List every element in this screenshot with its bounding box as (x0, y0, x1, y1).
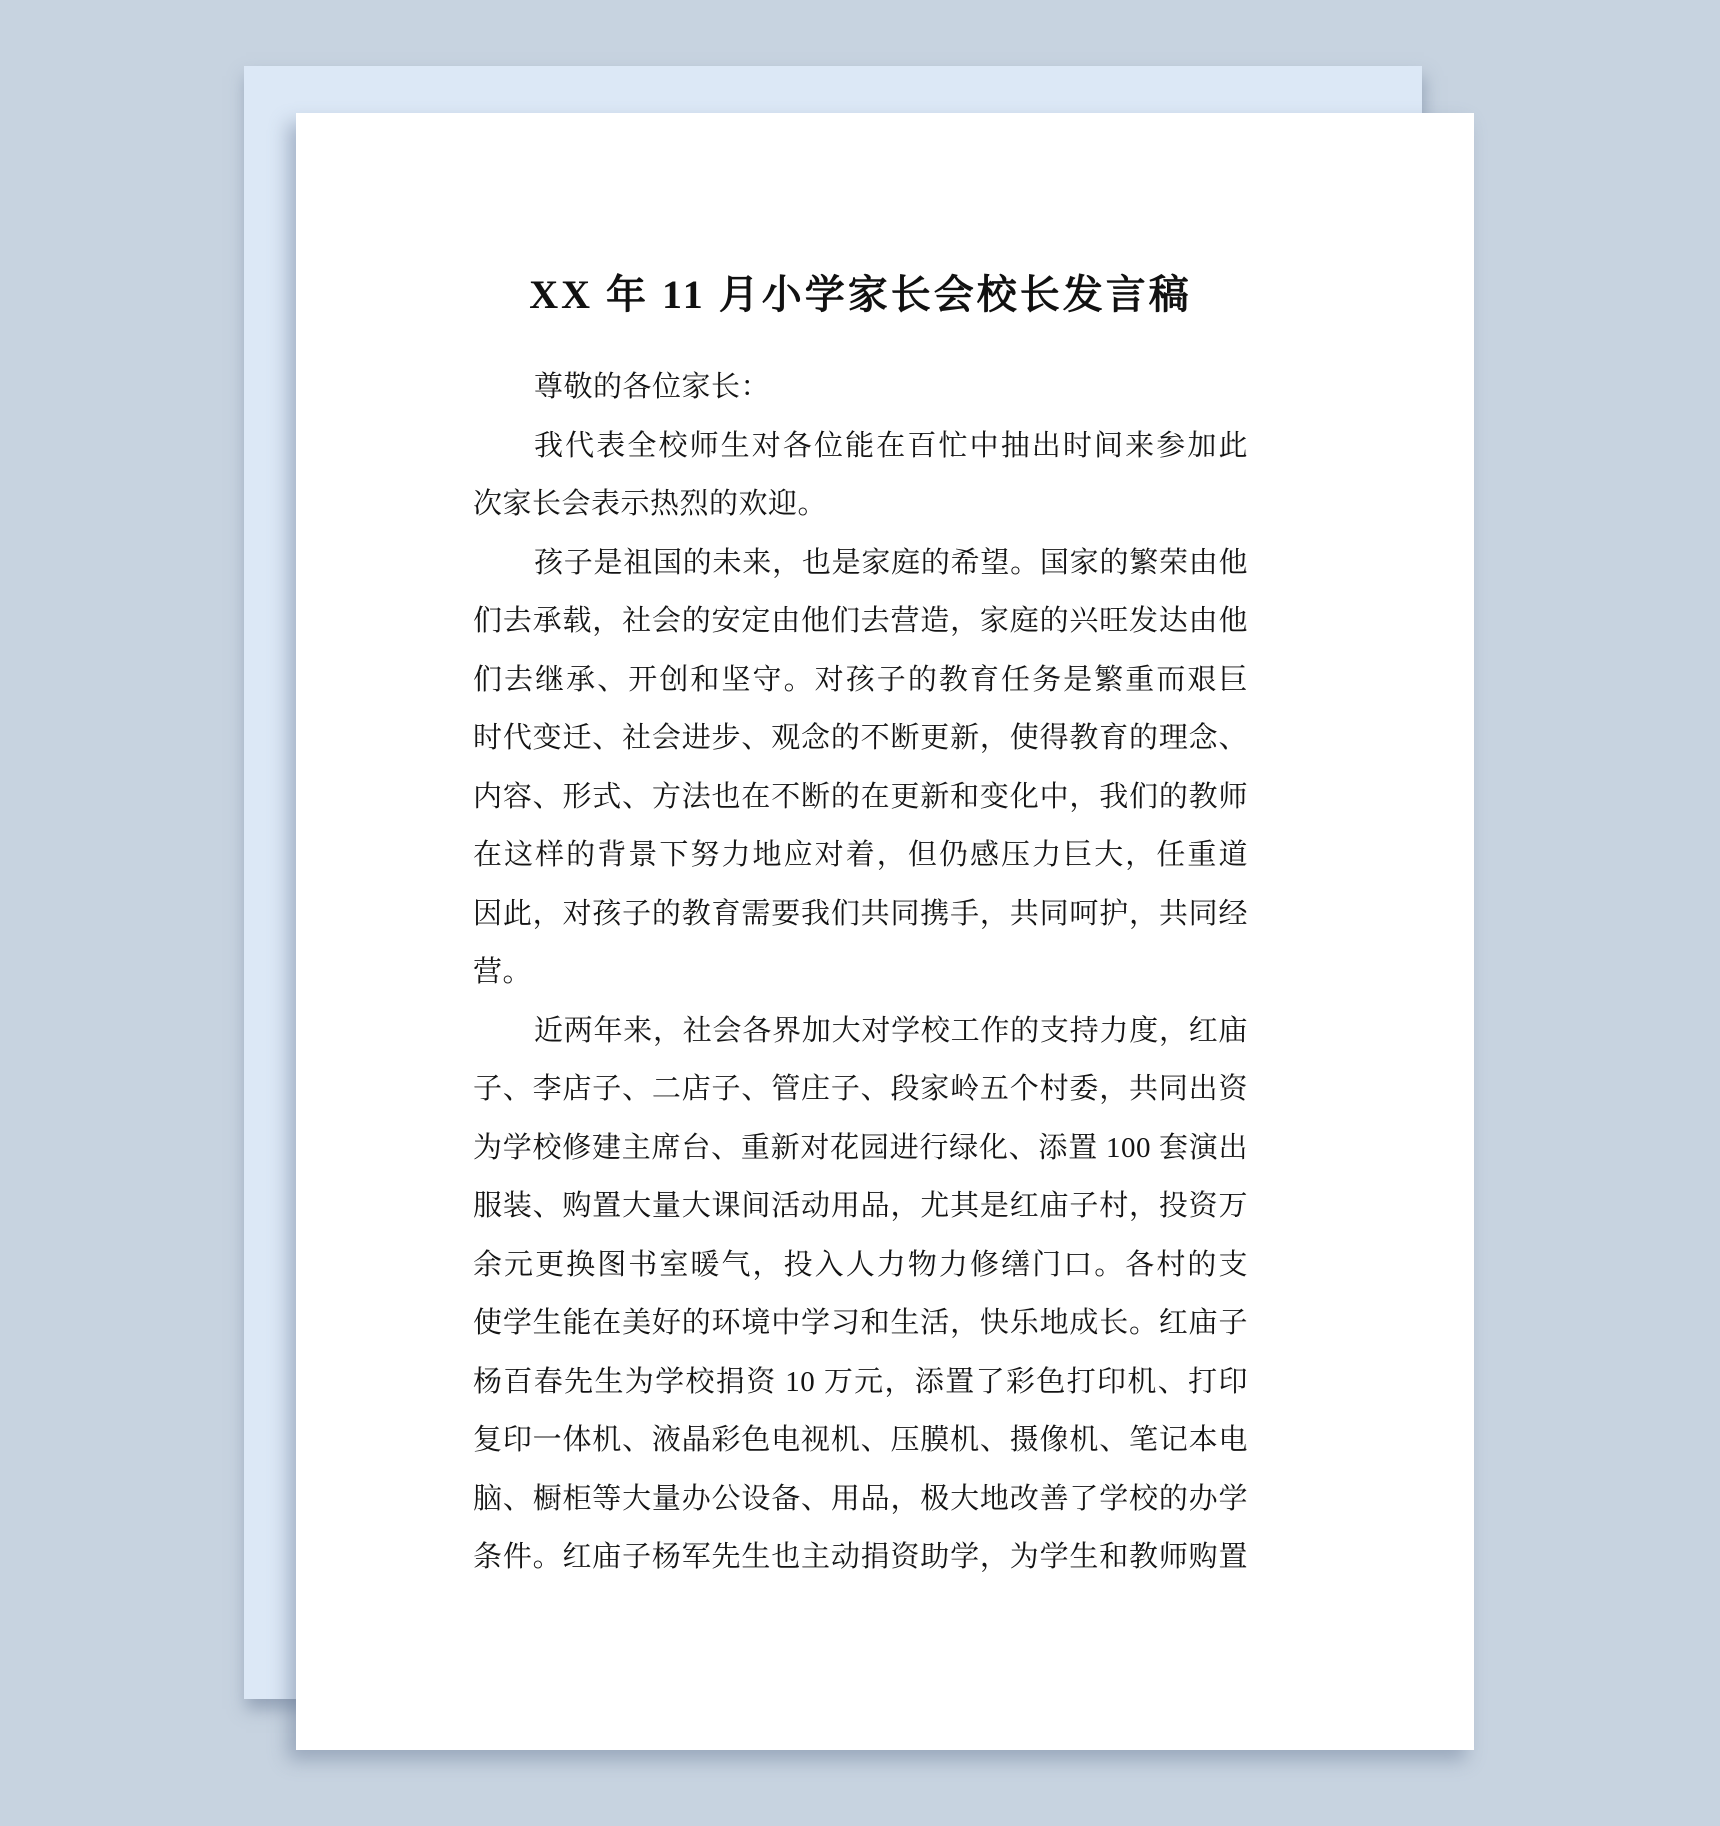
document-line: 子、李店子、二店子、管庄子、段家岭五个村委，共同出资 (473, 1060, 1248, 1119)
document-line: 孩子是祖国的未来，也是家庭的希望。国家的繁荣由他 (473, 534, 1248, 593)
document-title: XX 年 11 月小学家长会校长发言稿 (473, 269, 1248, 321)
document-line: 们去继承、开创和坚守。对孩子的教育任务是繁重而艰巨的， (473, 651, 1248, 710)
document-line: 在这样的背景下努力地应对着，但仍感压力巨大，任重道远。 (473, 826, 1248, 885)
document-line: 们去承载，社会的安定由他们去营造，家庭的兴旺发达由他 (473, 592, 1248, 651)
document-line: 余元更换图书室暖气，投入人力物力修缮门口。各村的支持， (473, 1236, 1248, 1295)
document-page: XX 年 11 月小学家长会校长发言稿 尊敬的各位家长： 我代表全校师生对各位能… (296, 113, 1474, 1750)
document-line: 脑、橱柜等大量办公设备、用品，极大地改善了学校的办学 (473, 1470, 1248, 1529)
document-line: 复印一体机、液晶彩色电视机、压膜机、摄像机、笔记本电 (473, 1411, 1248, 1470)
document-line: 条件。红庙子杨军先生也主动捐资助学，为学生和教师购置 (473, 1528, 1248, 1587)
document-line: 为学校修建主席台、重新对花园进行绿化、添置 100 套演出 (473, 1119, 1248, 1178)
document-content: XX 年 11 月小学家长会校长发言稿 尊敬的各位家长： 我代表全校师生对各位能… (473, 269, 1248, 1587)
document-line: 因此，对孩子的教育需要我们共同携手，共同呵护，共同经 (473, 885, 1248, 944)
document-preview: XX 年 11 月小学家长会校长发言稿 尊敬的各位家长： 我代表全校师生对各位能… (0, 0, 1720, 1826)
document-line: 我代表全校师生对各位能在百忙中抽出时间来参加此 (473, 417, 1248, 476)
document-line: 次家长会表示热烈的欢迎。 (473, 475, 1248, 534)
document-line: 杨百春先生为学校捐资 10 万元，添置了彩色打印机、打印 (473, 1353, 1248, 1412)
document-line: 近两年来，社会各界加大对学校工作的支持力度，红庙 (473, 1002, 1248, 1061)
document-line: 时代变迁、社会进步、观念的不断更新，使得教育的理念、 (473, 709, 1248, 768)
document-line: 营。 (473, 943, 1248, 1002)
document-line: 服装、购置大量大课间活动用品，尤其是红庙子村，投资万 (473, 1177, 1248, 1236)
document-body: 尊敬的各位家长： 我代表全校师生对各位能在百忙中抽出时间来参加此 次家长会表示热… (473, 358, 1248, 1587)
document-line: 内容、形式、方法也在不断的在更新和变化中，我们的教师 (473, 768, 1248, 827)
document-line: 使学生能在美好的环境中学习和生活，快乐地成长。红庙子 (473, 1294, 1248, 1353)
document-line: 尊敬的各位家长： (473, 358, 1248, 417)
